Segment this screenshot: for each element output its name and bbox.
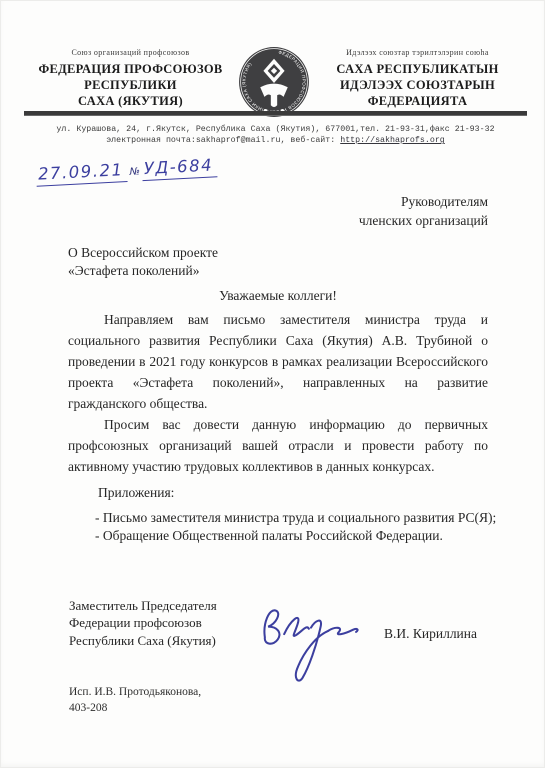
subject-block: О Всероссийском проекте «Эстафета поколе…	[68, 244, 218, 280]
subject-line1: О Всероссийском проекте	[68, 244, 218, 262]
letterhead: Союз организаций профсоюзов ФЕДЕРАЦИЯ ПР…	[28, 48, 520, 118]
address-line2-text: электронная почта:sakhaprof@mail.ru, веб…	[106, 136, 340, 145]
attachments-title: Приложения:	[98, 485, 174, 501]
executor-block: Исп. И.В. Протодьяконова, 403-208	[69, 684, 201, 716]
signer-position-line3: Республики Саха (Якутия)	[69, 632, 217, 649]
letterhead-right: Идэлээх союзтар тэрилтэлэрин союһа САХА …	[315, 48, 520, 109]
signer-position-line1: Заместитель Председателя	[69, 597, 217, 614]
executor-phone: 403-208	[69, 700, 201, 716]
federation-seal-icon: ФЕДЕРАЦИЯ ПРОФСОЮЗОВ РЕСПУБЛИКИ САХА (ЯК…	[238, 46, 310, 118]
number-sign: №	[129, 166, 140, 178]
letterhead-left-line3: САХА (ЯКУТИЯ)	[28, 93, 233, 109]
registration-line: 27.09.21№УД-684	[36, 155, 218, 186]
letterhead-right-line2: ИДЭЛЭЭХ СОЮЗТАРЫН	[315, 77, 520, 93]
signer-position: Заместитель Председателя Федерации профс…	[69, 597, 217, 649]
letterhead-contacts: ул. Курашова, 24, г.Якутск, Республика С…	[24, 124, 527, 146]
letterhead-right-line3: ФЕДЕРАЦИЯТА	[315, 93, 520, 109]
body-paragraph-2: Просим вас довести данную информацию до …	[68, 414, 488, 477]
letter-body: Направляем вам письмо заместителя минист…	[68, 309, 488, 477]
attachment-item-2: - Обращение Общественной палаты Российск…	[95, 527, 496, 545]
addressee-line2: членских организаций	[290, 212, 488, 231]
body-paragraph-1: Направляем вам письмо заместителя минист…	[68, 309, 488, 414]
registration-date-handwritten: 27.09.21	[36, 160, 129, 187]
subject-line2: «Эстафета поколений»	[68, 262, 218, 280]
scanned-letter-page: Союз организаций профсоюзов ФЕДЕРАЦИЯ ПР…	[0, 0, 545, 768]
address-line2: электронная почта:sakhaprof@mail.ru, веб…	[24, 135, 527, 146]
attachments-list: - Письмо заместителя министра труда и со…	[95, 509, 496, 545]
letterhead-right-subtitle: Идэлээх союзтар тэрилтэлэрин союһа	[315, 48, 520, 58]
address-line1: ул. Курашова, 24, г.Якутск, Республика С…	[24, 124, 527, 135]
signer-name: В.И. Кириллина	[384, 626, 477, 642]
addressee-line1: Руководителям	[290, 193, 488, 212]
attachment-item-1: - Письмо заместителя министра труда и со…	[95, 509, 496, 527]
registration-number-handwritten: УД-684	[141, 155, 217, 181]
letterhead-left-line1: ФЕДЕРАЦИЯ ПРОФСОЮЗОВ	[28, 61, 233, 77]
executor-name: Исп. И.В. Протодьяконова,	[69, 684, 201, 700]
letterhead-divider	[24, 111, 527, 116]
handwritten-signature	[252, 594, 370, 686]
signer-position-line2: Федерации профсоюзов	[69, 614, 217, 631]
letterhead-left-line2: РЕСПУБЛИКИ	[28, 77, 233, 93]
website-link[interactable]: http://sakhaprofs.org	[340, 136, 445, 145]
letterhead-left: Союз организаций профсоюзов ФЕДЕРАЦИЯ ПР…	[28, 48, 233, 109]
salutation: Уважаемые коллеги!	[68, 288, 488, 304]
addressee-block: Руководителям членских организаций	[290, 193, 488, 231]
letterhead-left-subtitle: Союз организаций профсоюзов	[28, 48, 233, 58]
letterhead-right-line1: САХА РЕСПУБЛИКАТЫН	[315, 61, 520, 77]
